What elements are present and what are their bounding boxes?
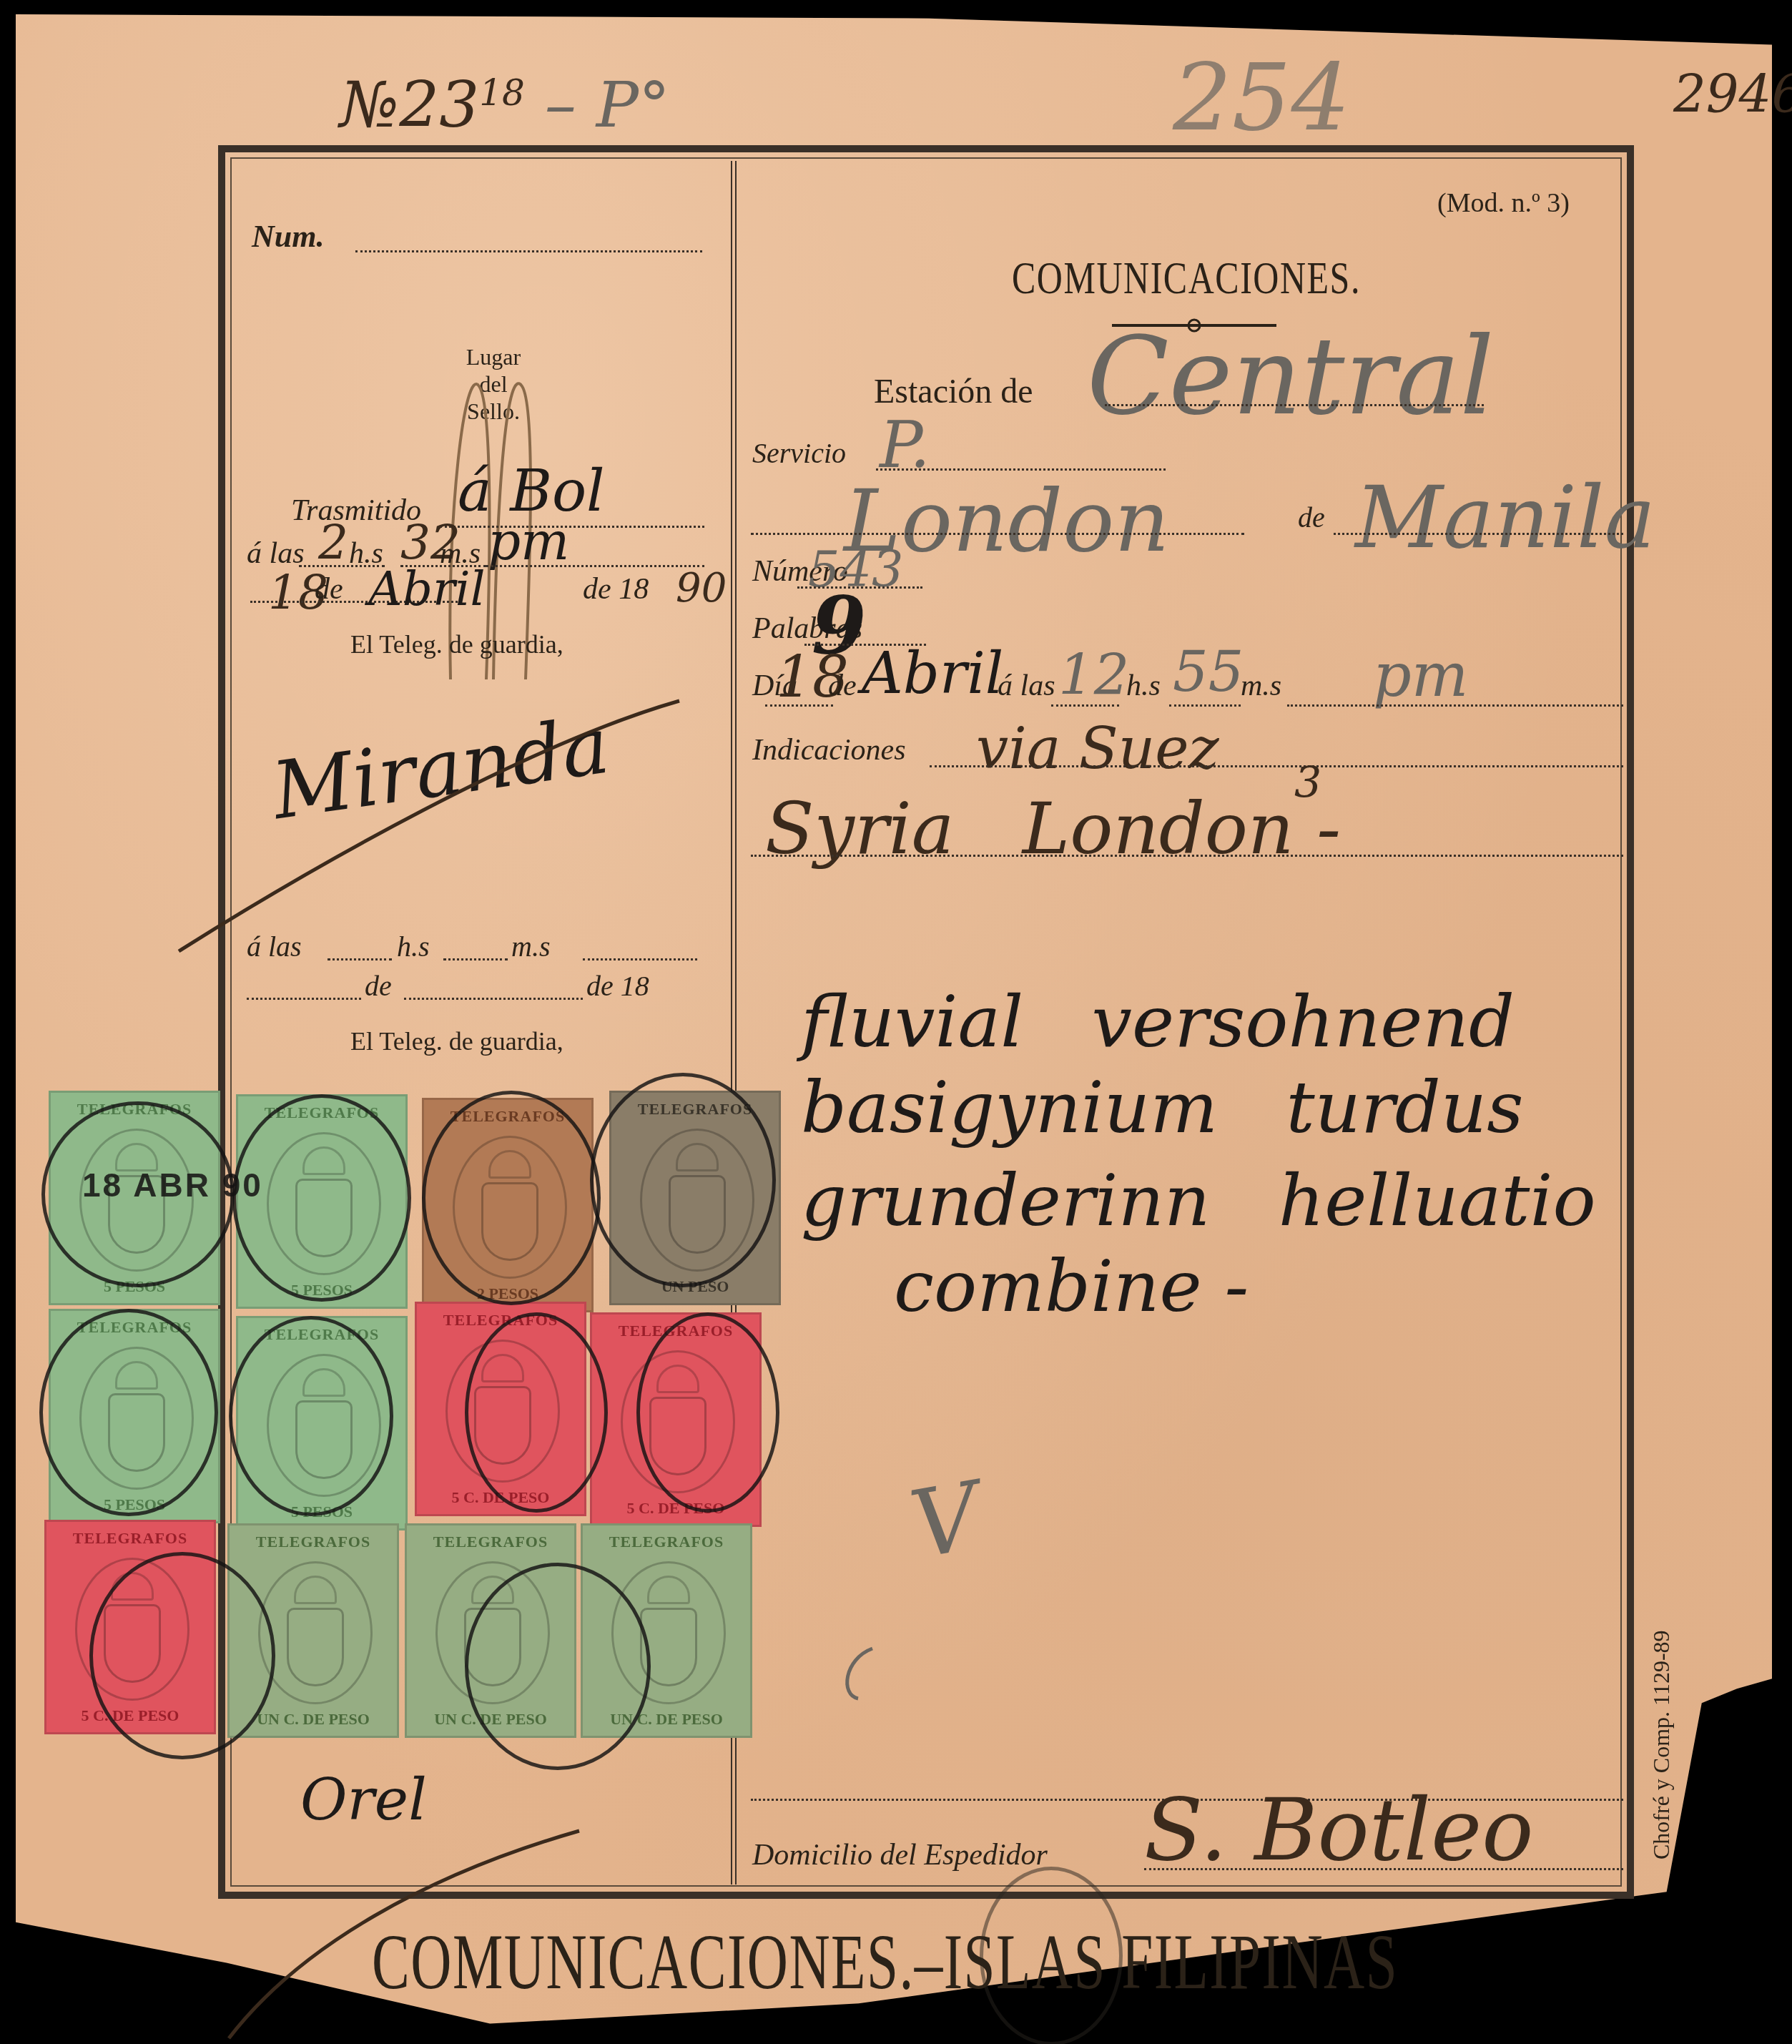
destination-field[interactable]	[751, 533, 1244, 535]
address-field[interactable]	[751, 855, 1623, 857]
hours-value[interactable]: 12	[1058, 644, 1129, 708]
guard-label-2: El Teleg. de guardia,	[350, 1026, 563, 1056]
time-at-label: á las	[998, 669, 1055, 703]
hours-label: h.s	[1126, 669, 1161, 703]
stamp-header: TELEGRAFOS	[589, 1533, 744, 1551]
service-label: Servicio	[752, 436, 846, 470]
transmitted-month-value[interactable]: Abril	[368, 561, 486, 616]
indications-label: Indicaciones	[752, 733, 906, 767]
signature-flourish	[172, 687, 686, 958]
from-label: de	[1298, 501, 1325, 534]
service-field[interactable]	[876, 468, 1166, 471]
reference-number: №23	[340, 68, 479, 142]
transmitted-ampm-value[interactable]: pm	[488, 511, 569, 571]
indications-value[interactable]: via Suez	[976, 715, 1219, 782]
message-line-2[interactable]: basigynium turdus	[801, 1066, 1524, 1149]
ampm-field-2[interactable]	[583, 958, 697, 960]
message-line-1[interactable]: fluvial versohnend	[801, 980, 1515, 1063]
stamp-header: TELEGRAFOS	[413, 1533, 568, 1551]
form-title: COMUNICACIONES.	[1012, 252, 1361, 305]
transmitted-year-value[interactable]: 90	[676, 565, 727, 611]
reference-suffix: – P°	[545, 68, 670, 142]
de-label-2: de	[365, 969, 392, 1003]
address-line[interactable]: Syria London -	[765, 787, 1341, 870]
num-field[interactable]	[355, 250, 702, 252]
hours-field[interactable]	[1051, 704, 1119, 707]
right-archive-number: 2946	[1673, 64, 1792, 124]
bottom-left-signature: Orel	[300, 1767, 427, 1833]
postmark-cancel	[89, 1552, 275, 1759]
stamp-header: TELEGRAFOS	[235, 1533, 391, 1551]
minutes-label: m.s	[1241, 669, 1281, 703]
station-value[interactable]: Central	[1087, 315, 1495, 439]
minutes-field-2[interactable]	[443, 958, 508, 960]
transmitted-to-field[interactable]	[440, 526, 704, 528]
month-field-2[interactable]	[404, 998, 583, 1000]
postmark-cancel	[422, 1091, 601, 1305]
month-value[interactable]: Abril	[862, 640, 1003, 707]
ink-hook-mark	[837, 1645, 880, 1702]
station-field[interactable]	[1105, 404, 1484, 406]
postmark-cancel	[232, 1094, 411, 1302]
at-label-2: á las	[247, 930, 302, 963]
hours-label-2: h.s	[397, 930, 430, 963]
message-line-3[interactable]: grunderinn helluatio	[801, 1159, 1596, 1242]
num-label: Num.	[252, 218, 324, 255]
day-field[interactable]	[765, 704, 833, 707]
model-number: (Mod. n.º 3)	[1437, 187, 1570, 219]
minutes-label-2: m.s	[511, 930, 550, 963]
ampm-value[interactable]: pm	[1373, 640, 1468, 710]
minutes-field[interactable]	[1169, 704, 1241, 707]
center-pencil-number: 254	[1173, 43, 1350, 152]
year-label-2: de 18	[586, 969, 649, 1003]
top-left-mark: №2318 – P°	[340, 68, 670, 142]
minutes-value[interactable]: 55	[1173, 640, 1244, 704]
shield-icon	[287, 1608, 344, 1686]
ampm-field[interactable]	[1287, 704, 1623, 707]
guard-label-1: El Teleg. de guardia,	[350, 629, 563, 659]
de-label: de	[315, 572, 343, 606]
postmark-cancel	[229, 1316, 393, 1516]
postmark-cancel	[465, 1563, 651, 1770]
origin-field[interactable]	[1334, 533, 1623, 535]
message-line-4[interactable]: combine -	[894, 1244, 1249, 1328]
origin-value[interactable]: Manila	[1355, 468, 1655, 568]
postmark-cancel	[636, 1312, 779, 1513]
stamp-header: TELEGRAFOS	[52, 1529, 208, 1548]
day-field-2[interactable]	[247, 998, 361, 1000]
ampm-field[interactable]	[486, 565, 704, 567]
printer-imprint: Chofré y Comp. 1129-89	[1648, 1630, 1675, 1859]
sender-signature: S. Botleo	[1144, 1781, 1534, 1880]
day-de-label: de	[828, 669, 857, 703]
reference-superscript: 18	[479, 72, 525, 114]
year-label: de 18	[583, 572, 649, 606]
hours-field-2[interactable]	[328, 958, 392, 960]
footer-title: COMUNICACIONES.–ISLAS FILIPINAS	[372, 1917, 1398, 2008]
transmitted-hours-value[interactable]: 2	[318, 515, 348, 570]
station-label: Estación de	[874, 372, 1033, 411]
postmark-cancel	[39, 1309, 218, 1516]
sender-label: Domicilio del Espedidor	[752, 1838, 1048, 1872]
postmark-cancel	[465, 1312, 608, 1513]
indications-field[interactable]	[930, 765, 1623, 767]
postmark-cancel	[590, 1073, 776, 1287]
